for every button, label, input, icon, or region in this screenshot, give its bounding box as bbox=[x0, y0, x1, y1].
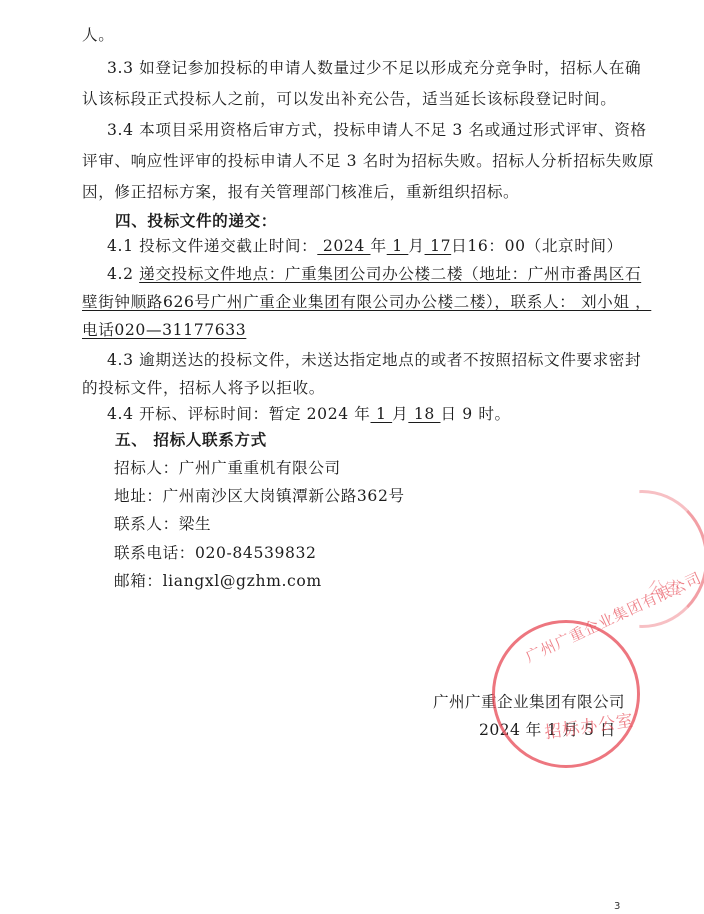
deadline-month: 1 bbox=[387, 237, 409, 255]
seal-arc-text: 广州广重企业集团有限公司 bbox=[522, 567, 704, 667]
paragraph-line: 人。 bbox=[82, 25, 114, 45]
partial-seal bbox=[576, 490, 704, 628]
contact-phone: 联系电话：020-84539832 bbox=[114, 543, 317, 563]
month-unit: 月 bbox=[392, 405, 408, 423]
clause-3-3-line-1: 3.3 如登记参加投标的申请人数量过少不足以形成充分竞争时，招标人在确 bbox=[107, 58, 641, 78]
section-heading-5: 五、 招标人联系方式 bbox=[115, 430, 267, 450]
clause-3-4-line-3: 因，修正招标方案，报有关管理部门核准后，重新组织招标。 bbox=[82, 182, 519, 202]
clause-4-4-suffix: 日 9 时。 bbox=[441, 405, 511, 423]
clause-4-4: 4.4 开标、评标时间：暂定 2024 年 1 月 18 日 9 时。 bbox=[107, 404, 511, 424]
year-unit: 年 bbox=[371, 237, 387, 255]
clause-4-2-contact-phone: 电话020—31177633 bbox=[82, 320, 246, 340]
clause-4-1-suffix: 日16：00（北京时间） bbox=[451, 237, 623, 255]
clause-3-4-line-2: 评审、响应性评审的投标申请人不足 3 名时为招标失败。招标人分析招标失败原 bbox=[82, 151, 654, 171]
document-page: 人。 3.3 如登记参加投标的申请人数量过少不足以形成充分竞争时，招标人在确 认… bbox=[0, 0, 704, 914]
clause-4-3-line-2: 的投标文件，招标人将予以拒收。 bbox=[82, 378, 325, 398]
clause-3-3-line-2: 认该标段正式投标人之前，可以发出补充公告，适当延长该标段登记时间。 bbox=[82, 89, 616, 109]
contact-email: 邮箱：liangxl@gzhm.com bbox=[114, 571, 322, 591]
deadline-day: 17 bbox=[425, 237, 452, 255]
clause-4-2-line-2: 壁街钟顺路626号广州广重企业集团有限公司办公楼二楼），联系人： 刘小姐 ， bbox=[82, 292, 651, 312]
opening-month: 1 bbox=[371, 405, 393, 423]
clause-4-3-line-1: 4.3 逾期送达的投标文件，未送达指定地点的或者不按照招标文件要求密封 bbox=[107, 350, 641, 370]
clause-4-2-line-1: 4.2 递交投标文件地点：广重集团公司办公楼二楼（地址：广州市番禺区石 bbox=[107, 264, 641, 284]
contact-person: 联系人：梁生 bbox=[114, 514, 211, 534]
partial-seal-text: 公室 bbox=[648, 574, 682, 599]
deadline-year: 2024 bbox=[317, 237, 370, 255]
submission-location: 递交投标文件地点：广重集团公司办公楼二楼（地址：广州市番禺区石 bbox=[139, 265, 641, 283]
contact-address: 地址：广州南沙区大岗镇潭新公路362号 bbox=[114, 486, 405, 506]
signature-date: 2024 年 1 月 5 日 bbox=[479, 720, 616, 740]
signature-company: 广州广重企业集团有限公司 bbox=[433, 692, 625, 712]
section-heading-4: 四、投标文件的递交： bbox=[115, 211, 277, 231]
clause-4-2-prefix: 4.2 bbox=[107, 265, 139, 283]
clause-3-4-line-1: 3.4 本项目采用资格后审方式，投标申请人不足 3 名或通过形式评审、资格 bbox=[107, 120, 647, 140]
month-unit: 月 bbox=[408, 237, 424, 255]
contact-tenderer: 招标人：广州广重重机有限公司 bbox=[114, 458, 341, 478]
clause-4-1: 4.1 投标文件递交截止时间： 2024 年 1 月 17日16：00（北京时间… bbox=[107, 236, 623, 256]
opening-day: 18 bbox=[408, 405, 440, 423]
page-number: 3 bbox=[614, 902, 620, 912]
clause-4-1-prefix: 4.1 投标文件递交截止时间： bbox=[107, 237, 317, 255]
clause-4-4-prefix: 4.4 开标、评标时间：暂定 2024 年 bbox=[107, 405, 371, 423]
